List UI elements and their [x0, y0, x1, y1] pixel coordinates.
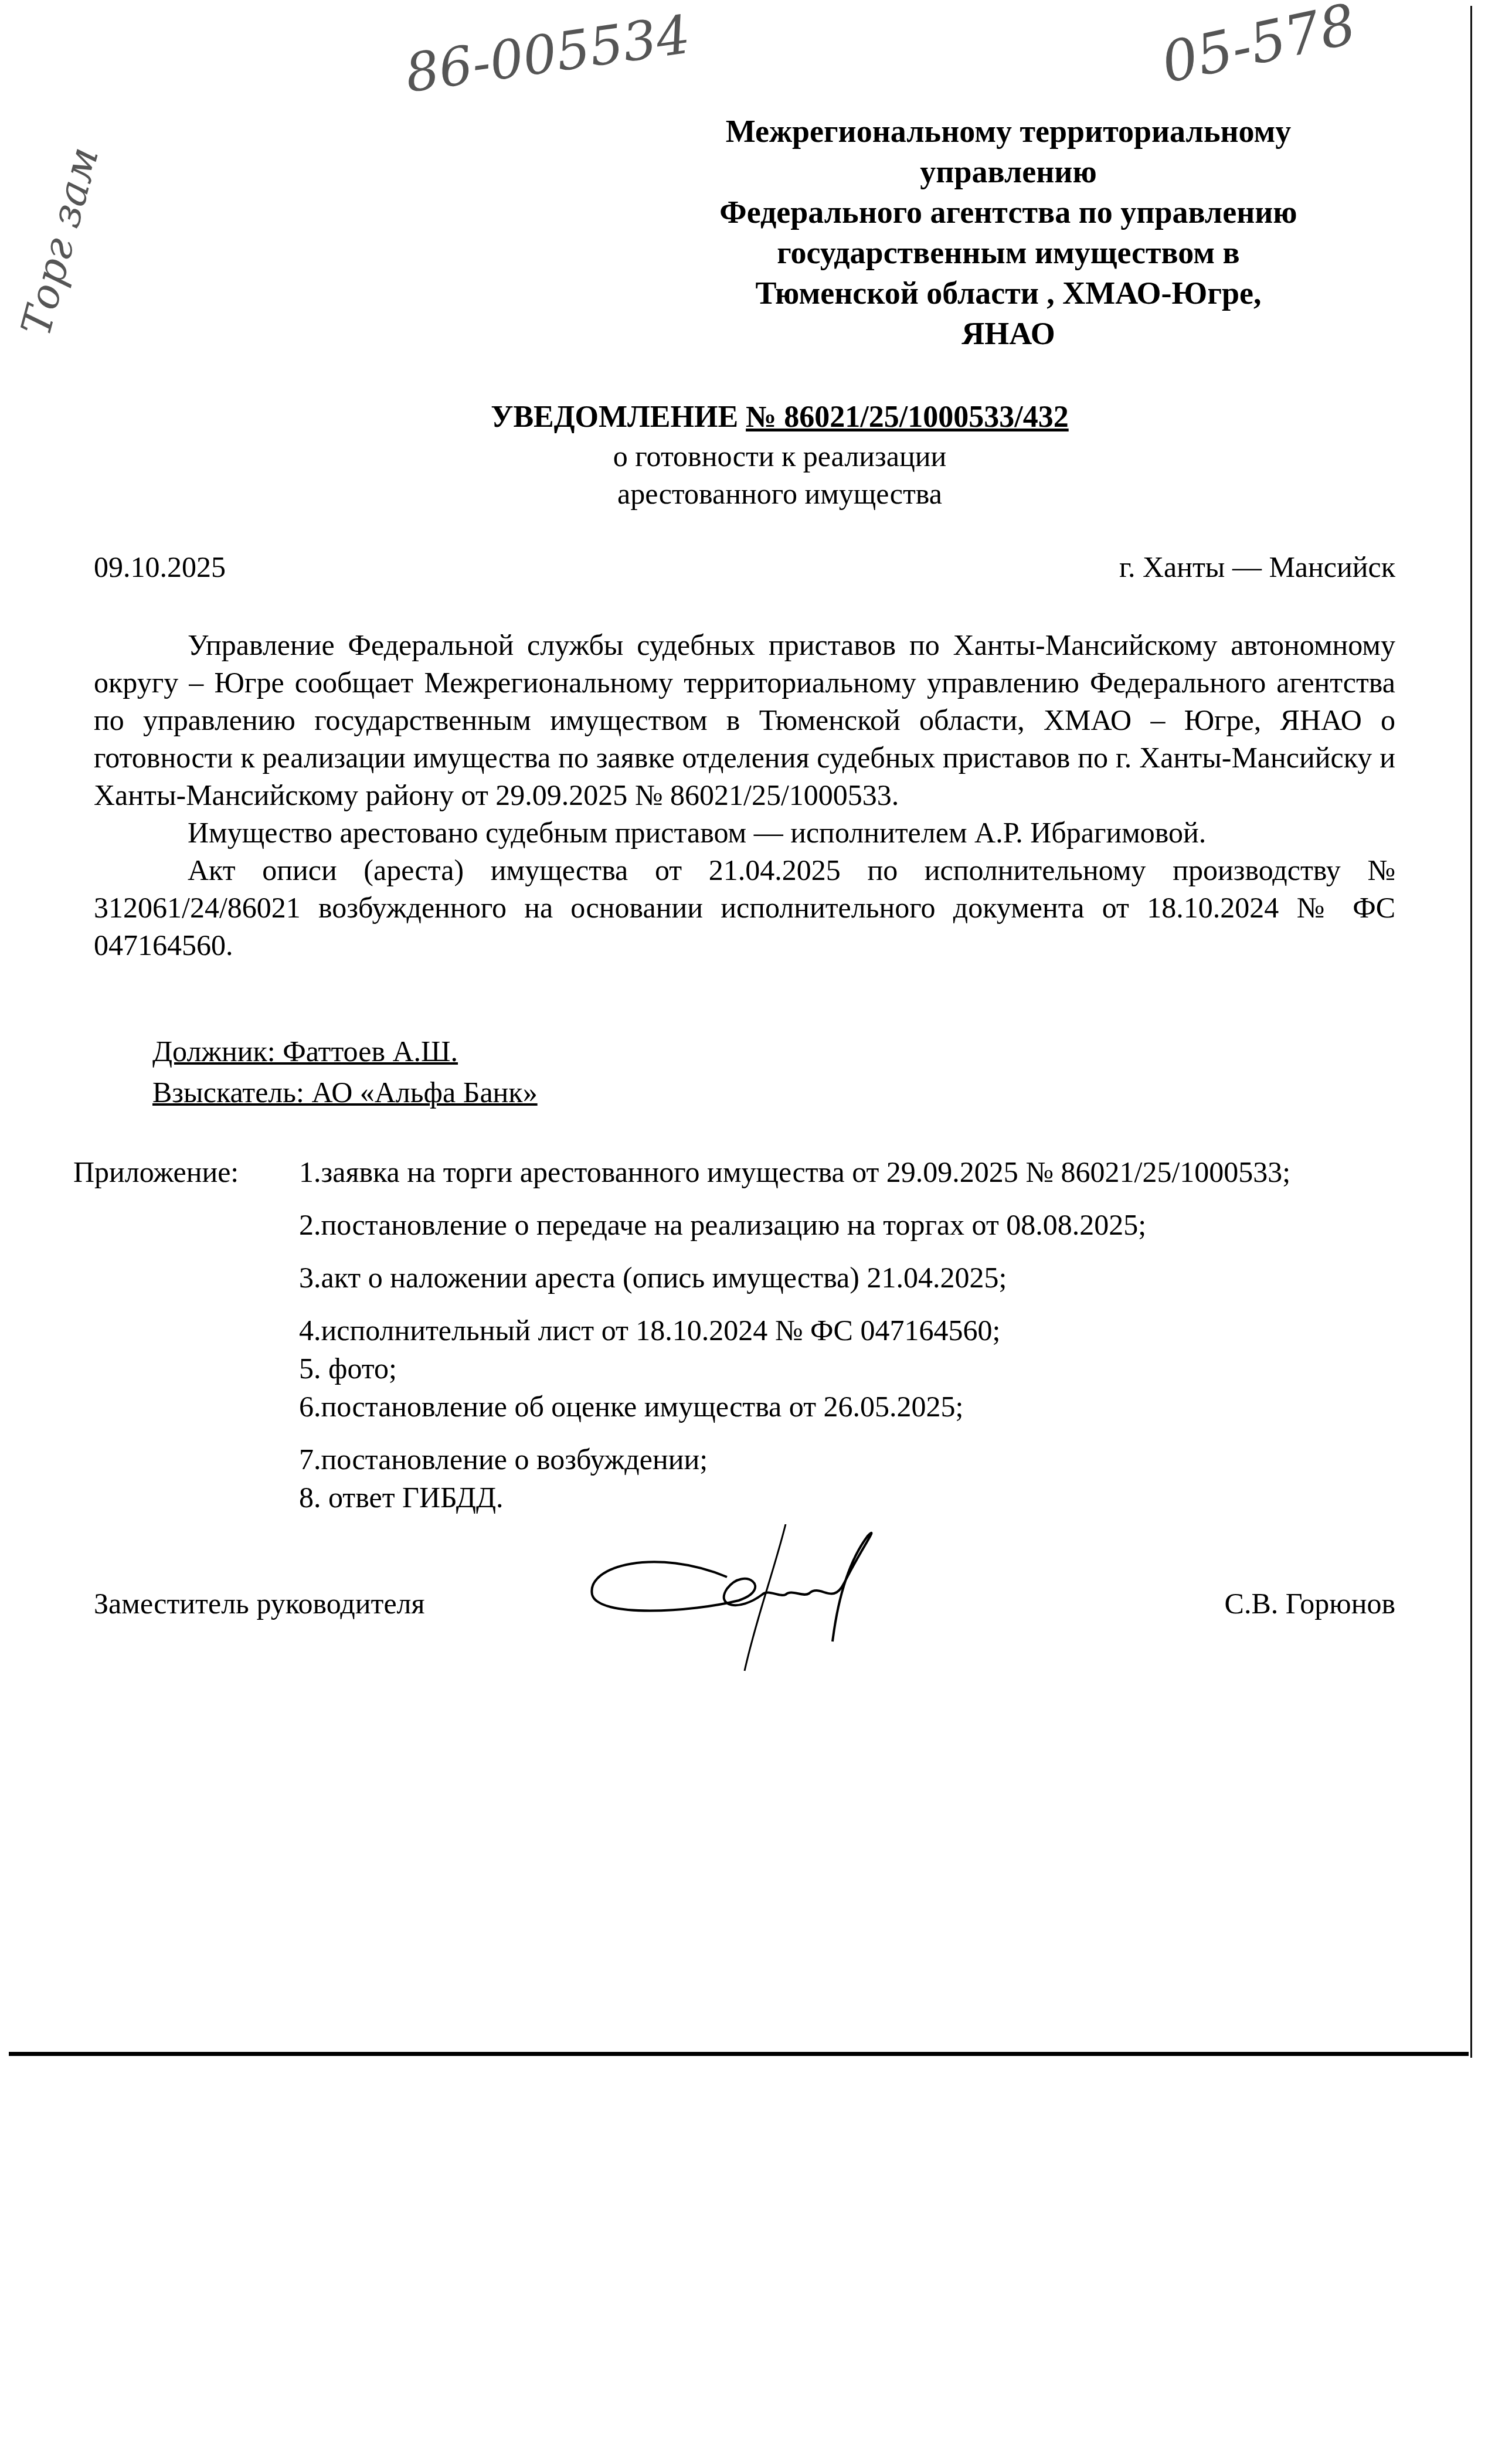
- addressee-line: государственным имуществом в: [633, 233, 1384, 273]
- addressee-block: Межрегиональному территориальному управл…: [633, 111, 1384, 354]
- signer-position: Заместитель руководителя: [94, 1586, 425, 1620]
- addressee-line: управлению: [633, 152, 1384, 192]
- addressee-line: Федерального агентства по управлению: [633, 192, 1384, 233]
- date-city-line: 09.10.2025 г. Ханты — Мансийск: [94, 550, 1395, 584]
- notice-title-word: УВЕДОМЛЕНИЕ: [491, 400, 738, 434]
- notice-subtitle: о готовности к реализации арестованного …: [352, 437, 1208, 512]
- addressee-line: Тюменской области , ХМАО-Югре,: [633, 273, 1384, 314]
- attachment-item: 6.постановление об оценке имущества от 2…: [299, 1389, 963, 1423]
- addressee-line: Межрегиональному территориальному: [633, 111, 1384, 152]
- claimant: Взыскатель: АО «Альфа Банк»: [152, 1072, 538, 1113]
- scan-edge-horizontal: [9, 2052, 1469, 2056]
- body-paragraph: Акт описи (ареста) имущества от 21.04.20…: [94, 851, 1395, 964]
- document-city: г. Ханты — Мансийск: [1119, 550, 1395, 584]
- handwritten-note-left: Торг зам: [12, 142, 108, 341]
- scan-edge-vertical: [1470, 6, 1472, 2058]
- handwritten-incoming-number: 86-005534: [402, 4, 694, 105]
- attachment-item: 4.исполнительный лист от 18.10.2024 № ФС…: [299, 1313, 1000, 1347]
- attachment-item: 8. ответ ГИБДД.: [299, 1480, 504, 1514]
- notice-number: № 86021/25/1000533/432: [746, 400, 1069, 434]
- body-paragraph: Управление Федеральной службы судебных п…: [94, 626, 1395, 814]
- subtitle-line: о готовности к реализации: [352, 437, 1208, 475]
- handwritten-registration-number: 05-578: [1156, 0, 1361, 96]
- body-paragraph: Имущество арестовано судебным приставом …: [94, 814, 1395, 851]
- attachments-label: Приложение:: [73, 1155, 239, 1189]
- debtor: Должник: Фаттоев А.Ш.: [152, 1031, 538, 1072]
- notice-body: Управление Федеральной службы судебных п…: [94, 626, 1395, 964]
- attachment-item: 1.заявка на торги арестованного имуществ…: [299, 1155, 1290, 1189]
- document-date: 09.10.2025: [94, 550, 226, 584]
- attachment-item: 2.постановление о передаче на реализацию…: [299, 1208, 1146, 1242]
- subtitle-line: арестованного имущества: [352, 475, 1208, 512]
- attachment-item: 5. фото;: [299, 1351, 397, 1385]
- addressee-line: ЯНАО: [633, 314, 1384, 354]
- notice-title: УВЕДОМЛЕНИЕ № 86021/25/1000533/432: [352, 399, 1208, 436]
- signature-icon: [586, 1524, 1032, 1677]
- parties-block: Должник: Фаттоев А.Ш. Взыскатель: АО «Ал…: [152, 1031, 538, 1113]
- attachment-item: 7.постановление о возбуждении;: [299, 1442, 708, 1476]
- signer-name: С.В. Горюнов: [1225, 1586, 1395, 1620]
- attachment-item: 3.акт о наложении ареста (опись имуществ…: [299, 1260, 1007, 1294]
